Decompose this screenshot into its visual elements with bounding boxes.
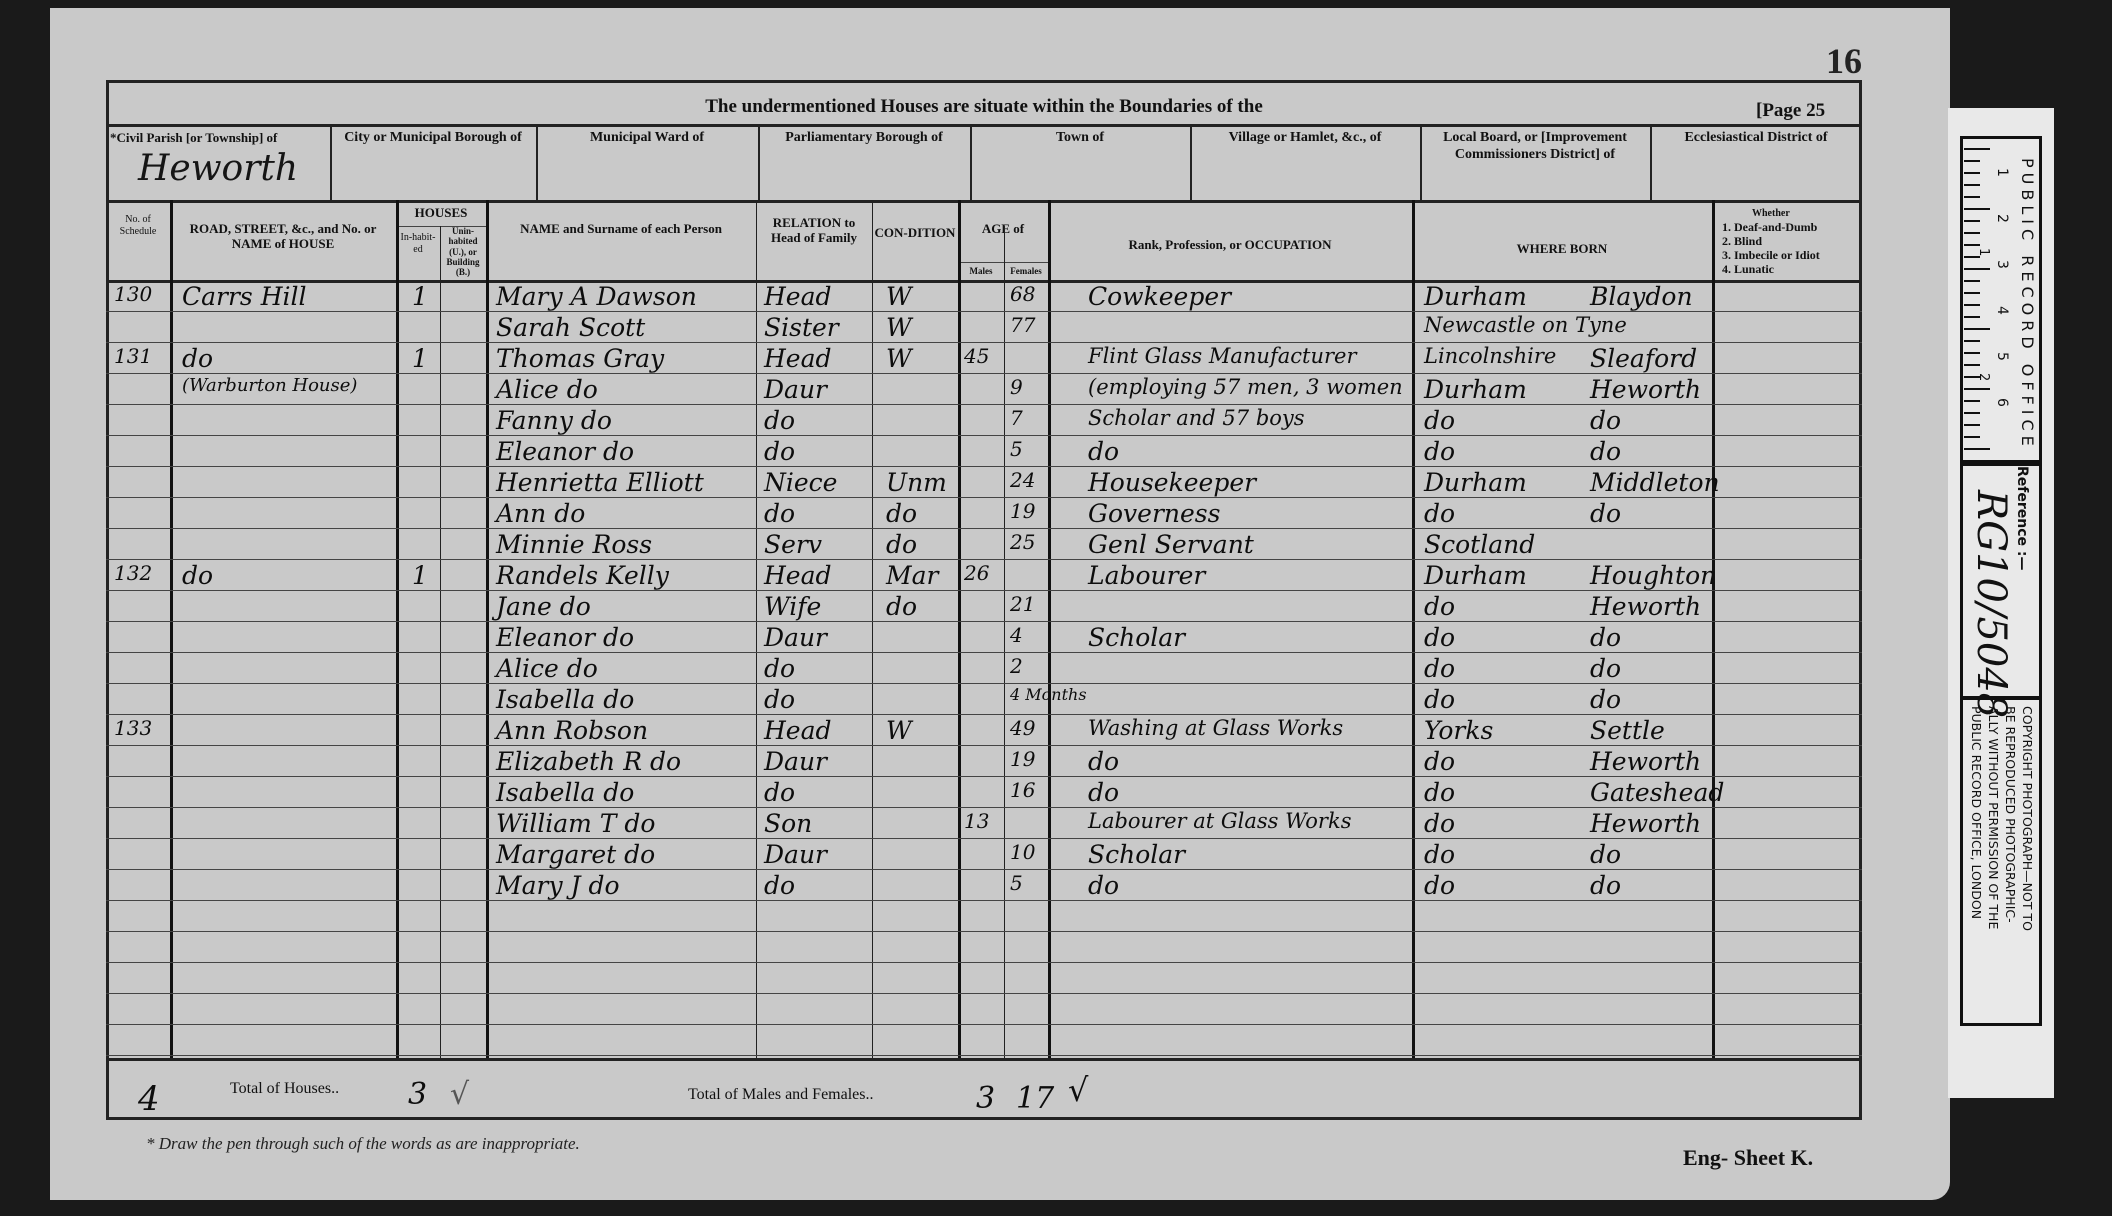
total-houses-value: 3 — [408, 1080, 427, 1110]
rule — [106, 200, 1862, 203]
relation-to-head: do — [764, 439, 795, 464]
marital-condition: Mar — [886, 563, 938, 588]
marital-condition: Unm — [886, 470, 947, 495]
birthplace-town: do — [1590, 625, 1621, 650]
occupation: Governess — [1088, 501, 1220, 526]
copyright-line: PUBLIC RECORD OFFICE, LONDON — [1969, 706, 1984, 919]
marital-condition: do — [886, 532, 917, 557]
female-age: 5 — [1010, 873, 1023, 893]
row-rule — [106, 993, 1862, 994]
birthplace-county: do — [1424, 439, 1455, 464]
boundary-label: Village or Hamlet, &c., of — [1194, 130, 1416, 196]
ruler-tick — [1964, 148, 1990, 150]
occupation: Cowkeeper — [1088, 284, 1231, 309]
column-header-sched: No. of Schedule — [108, 214, 168, 237]
ruler-tick — [1964, 196, 1980, 198]
total-schedules: 4 — [138, 1082, 160, 1116]
occupation: Housekeeper — [1088, 470, 1256, 495]
occupation: Labourer at Glass Works — [1088, 811, 1351, 832]
ruler-number: 5 — [1994, 352, 2010, 361]
ruler-tick — [1964, 340, 1980, 342]
relation-to-head: Sister — [764, 315, 839, 340]
female-age: 19 — [1010, 501, 1035, 521]
birthplace-county: do — [1424, 780, 1455, 805]
occupation: do — [1088, 749, 1119, 774]
ruler-tick — [1964, 184, 1980, 186]
female-age: 4 — [1010, 625, 1023, 645]
total-houses-label: Total of Houses.. — [230, 1080, 339, 1098]
relation-to-head: do — [764, 873, 795, 898]
sheet-label: Eng- Sheet K. — [1683, 1145, 1813, 1171]
female-age: 21 — [1010, 594, 1035, 614]
ruler-tick — [1964, 364, 1980, 366]
row-rule — [106, 962, 1862, 963]
row-rule — [106, 745, 1862, 746]
road-name: Carrs Hill — [182, 284, 307, 309]
civil-parish-value: Heworth — [138, 148, 298, 189]
divider — [1420, 124, 1422, 200]
male-age: 45 — [964, 346, 989, 366]
female-age: 68 — [1010, 284, 1035, 304]
divider — [970, 124, 972, 200]
birthplace-county: do — [1424, 625, 1455, 650]
person-name: Mary A Dawson — [496, 284, 697, 309]
ruler-tick — [1964, 352, 1980, 354]
person-name: Margaret do — [496, 842, 655, 867]
relation-to-head: Daur — [764, 625, 827, 650]
female-age: 4 Months — [1010, 687, 1087, 703]
column-header-fem: Females — [1006, 266, 1046, 276]
row-rule — [106, 311, 1862, 312]
row-rule — [106, 652, 1862, 653]
birthplace-county: do — [1424, 501, 1455, 526]
birthplace-town: Gateshead — [1590, 780, 1724, 805]
male-age: 26 — [964, 563, 989, 583]
rule — [106, 124, 1862, 127]
houses-check-mark: √ — [450, 1080, 469, 1110]
schedule-number: 131 — [114, 346, 152, 366]
person-name: Eleanor do — [496, 625, 634, 650]
female-age: 2 — [1010, 656, 1023, 676]
ruler-tick — [1964, 172, 1980, 174]
birthplace-county: Newcastle on Tyne — [1424, 315, 1627, 336]
birthplace-county: Durham — [1424, 470, 1527, 495]
relation-to-head: Daur — [764, 842, 827, 867]
ruler-tick — [1964, 424, 1980, 426]
person-name: Elizabeth R do — [496, 749, 681, 774]
row-rule — [106, 931, 1862, 932]
ruler-tick — [1964, 268, 1990, 270]
ruler-tick — [1964, 280, 1980, 282]
person-name: Mary J do — [496, 873, 620, 898]
row-rule — [106, 497, 1862, 498]
occupation: Labourer — [1088, 563, 1205, 588]
birthplace-town: Houghton — [1590, 563, 1716, 588]
ruler-tick — [1964, 244, 1980, 246]
occupation: Scholar — [1088, 842, 1185, 867]
marital-condition: W — [886, 315, 912, 340]
birthplace-town: do — [1590, 656, 1621, 681]
road-name: do — [182, 563, 213, 588]
ruler-number: 1 — [1994, 168, 2010, 177]
birthplace-town: Sleaford — [1590, 346, 1697, 371]
copyright-line: COPYRIGHT PHOTOGRAPH—NOT TO — [2020, 706, 2035, 931]
occupation: Scholar and 57 boys — [1088, 408, 1305, 429]
birthplace-county: Durham — [1424, 563, 1527, 588]
ruler-number: 3 — [1994, 260, 2010, 269]
birthplace-county: Scotland — [1424, 532, 1535, 557]
birthplace-town: Heworth — [1590, 594, 1701, 619]
column-divider — [1004, 226, 1005, 1060]
occupation: do — [1088, 873, 1119, 898]
ruler-number: 4 — [1994, 306, 2010, 315]
schedule-number: 132 — [114, 563, 152, 583]
row-rule — [106, 435, 1862, 436]
row-rule — [106, 807, 1862, 808]
birthplace-town: do — [1590, 408, 1621, 433]
boundary-label: Municipal Ward of — [540, 130, 754, 196]
birthplace-town: Settle — [1590, 718, 1665, 743]
person-name: Alice do — [496, 377, 598, 402]
birthplace-town: do — [1590, 842, 1621, 867]
person-name: Ann Robson — [496, 718, 648, 743]
birthplace-county: do — [1424, 811, 1455, 836]
divider — [758, 124, 760, 200]
person-name: Alice do — [496, 656, 598, 681]
person-name: Fanny do — [496, 408, 612, 433]
birthplace-county: Durham — [1424, 377, 1527, 402]
relation-to-head: do — [764, 780, 795, 805]
birthplace-town: Blaydon — [1590, 284, 1693, 309]
ruler-inch: 1 — [1976, 248, 1991, 256]
relation-to-head: Wife — [764, 594, 821, 619]
birthplace-town: do — [1590, 687, 1621, 712]
road-name: do — [182, 346, 213, 371]
person-name: Jane do — [496, 594, 591, 619]
column-header-uninh: Unin-habited (U.), or Building (B.) — [442, 226, 484, 278]
female-age: 25 — [1010, 532, 1035, 552]
row-rule — [106, 621, 1862, 622]
relation-to-head: Head — [764, 718, 832, 743]
relation-to-head: do — [764, 656, 795, 681]
birthplace-town: do — [1590, 873, 1621, 898]
female-age: 24 — [1010, 470, 1035, 490]
ruler-tick — [1964, 160, 1980, 162]
column-header-cond: CON-DITION — [874, 226, 956, 241]
ruler-number: 2 — [1994, 214, 2010, 223]
female-age: 16 — [1010, 780, 1035, 800]
person-name: William T do — [496, 811, 655, 836]
birthplace-county: Durham — [1424, 284, 1527, 309]
ruler-inch: 2 — [1976, 373, 1991, 381]
column-divider — [440, 226, 441, 1060]
relation-to-head: Serv — [764, 532, 822, 557]
birthplace-town: Heworth — [1590, 749, 1701, 774]
copyright-line: BE REPRODUCED PHOTOGRAPHIC- — [2003, 706, 2018, 923]
ruler-tick — [1964, 448, 1990, 450]
record-office-label: PUBLIC RECORD OFFICE — [2018, 158, 2037, 451]
birthplace-county: do — [1424, 594, 1455, 619]
column-header-disability: Whether1. Deaf-and-Dumb2. Blind3. Imbeci… — [1722, 208, 1820, 276]
row-rule — [106, 373, 1862, 374]
page-reference: [Page 25 — [1756, 100, 1825, 122]
person-name: Eleanor do — [496, 439, 634, 464]
row-rule — [106, 838, 1862, 839]
occupation: Genl Servant — [1088, 532, 1254, 557]
birthplace-town: Heworth — [1590, 811, 1701, 836]
rule — [396, 226, 486, 227]
row-rule — [106, 1024, 1862, 1025]
occupation: do — [1088, 439, 1119, 464]
row-rule — [106, 776, 1862, 777]
disability-option: 1. Deaf-and-Dumb — [1722, 220, 1820, 234]
column-header-age: AGE of — [958, 222, 1048, 237]
column-header-occ: Rank, Profession, or OCCUPATION — [1050, 238, 1410, 253]
divider — [330, 124, 332, 200]
female-age: 77 — [1010, 315, 1035, 335]
ruler-tick — [1964, 304, 1980, 306]
rule — [958, 262, 1048, 263]
divider — [1650, 124, 1652, 200]
rule — [106, 1058, 1862, 1061]
column-header-rel: RELATION to Head of Family — [758, 216, 870, 246]
occupation: Flint Glass Manufacturer — [1088, 346, 1356, 367]
occupation: do — [1088, 780, 1119, 805]
relation-to-head: Daur — [764, 749, 827, 774]
relation-to-head: do — [764, 501, 795, 526]
row-rule — [106, 559, 1862, 560]
inhabited-count: 1 — [412, 284, 428, 309]
relation-to-head: do — [764, 687, 795, 712]
relation-to-head: Daur — [764, 377, 827, 402]
ruler-tick — [1964, 256, 1980, 258]
female-age: 9 — [1010, 377, 1023, 397]
birthplace-county: do — [1424, 873, 1455, 898]
ruler-tick — [1964, 220, 1980, 222]
column-header-houses: HOUSES — [396, 206, 486, 221]
row-rule — [106, 528, 1862, 529]
birthplace-county: do — [1424, 656, 1455, 681]
boundary-label: Local Board, or [Improvement Commissione… — [1424, 130, 1646, 196]
schedule-number: 130 — [114, 284, 152, 304]
total-males: 3 — [976, 1084, 995, 1114]
column-header-male: Males — [960, 266, 1002, 276]
boundary-label: Ecclesiastical District of — [1654, 130, 1858, 196]
row-rule — [106, 683, 1862, 684]
person-name: Sarah Scott — [496, 315, 645, 340]
female-age: 10 — [1010, 842, 1035, 862]
column-header-road: ROAD, STREET, &c., and No. or NAME of HO… — [172, 222, 394, 252]
road-name: (Warburton House) — [182, 377, 357, 395]
column-header-inh: In-habit-ed — [398, 232, 438, 255]
occupation: Scholar — [1088, 625, 1185, 650]
divider — [1190, 124, 1192, 200]
inhabited-count: 1 — [412, 563, 428, 588]
ruler-tick — [1964, 316, 1980, 318]
copyright-line: ALLY WITHOUT PERMISSION OF THE — [1986, 706, 2001, 929]
row-rule — [106, 404, 1862, 405]
inhabited-count: 1 — [412, 346, 428, 371]
row-rule — [106, 1055, 1862, 1056]
ruler-tick — [1964, 292, 1980, 294]
disability-option: 2. Blind — [1722, 234, 1820, 248]
whether-title: Whether — [1722, 208, 1820, 220]
ruler-tick — [1964, 436, 1980, 438]
relation-to-head: Head — [764, 284, 832, 309]
boundaries-banner: The undermentioned Houses are situate wi… — [106, 96, 1862, 118]
marital-condition: do — [886, 501, 917, 526]
row-rule — [106, 342, 1862, 343]
relation-to-head: Head — [764, 563, 832, 588]
row-rule — [106, 900, 1862, 901]
relation-to-head: Head — [764, 346, 832, 371]
ruler-tick — [1964, 400, 1980, 402]
total-persons-label: Total of Males and Females.. — [688, 1086, 874, 1104]
boundary-label: Parliamentary Borough of — [762, 130, 966, 196]
person-name: Thomas Gray — [496, 346, 664, 371]
occupation: (employing 57 men, 3 women — [1088, 377, 1403, 398]
person-name: Minnie Ross — [496, 532, 652, 557]
ruler-number: 6 — [1994, 398, 2010, 407]
person-name: Isabella do — [496, 687, 634, 712]
folio-stamp: 16 — [1826, 40, 1862, 82]
disability-option: 3. Imbecile or Idiot — [1722, 248, 1820, 262]
ruler-tick — [1964, 412, 1980, 414]
person-name: Isabella do — [496, 780, 634, 805]
relation-to-head: do — [764, 408, 795, 433]
marital-condition: W — [886, 718, 912, 743]
row-rule — [106, 466, 1862, 467]
relation-to-head: Son — [764, 811, 812, 836]
column-header-name: NAME and Surname of each Person — [488, 222, 754, 237]
ruler-tick — [1964, 208, 1990, 210]
footnote: * Draw the pen through such of the words… — [146, 1134, 580, 1154]
column-header-born: WHERE BORN — [1414, 242, 1710, 257]
birthplace-county: do — [1424, 408, 1455, 433]
marital-condition: W — [886, 284, 912, 309]
birthplace-county: Yorks — [1424, 718, 1493, 743]
birthplace-town: do — [1590, 439, 1621, 464]
ruler-tick — [1964, 388, 1990, 390]
person-name: Randels Kelly — [496, 563, 669, 588]
male-age: 13 — [964, 811, 989, 831]
female-age: 7 — [1010, 408, 1023, 428]
boundary-label: City or Municipal Borough of — [334, 130, 532, 196]
birthplace-county: do — [1424, 749, 1455, 774]
marital-condition: do — [886, 594, 917, 619]
birthplace-town: Heworth — [1590, 377, 1701, 402]
birthplace-town: Middleton — [1590, 470, 1720, 495]
total-females: 17 — [1016, 1084, 1054, 1114]
boundary-label: Town of — [974, 130, 1186, 196]
birthplace-county: do — [1424, 842, 1455, 867]
reference-value: RG10/5048 — [1968, 490, 2014, 718]
birthplace-town: do — [1590, 501, 1621, 526]
row-rule — [106, 714, 1862, 715]
female-age: 5 — [1010, 439, 1023, 459]
persons-check-mark: √ — [1068, 1074, 1088, 1106]
female-age: 49 — [1010, 718, 1035, 738]
person-name: Henrietta Elliott — [496, 470, 704, 495]
divider — [536, 124, 538, 200]
person-name: Ann do — [496, 501, 585, 526]
row-rule — [106, 590, 1862, 591]
row-rule — [106, 869, 1862, 870]
occupation: Washing at Glass Works — [1088, 718, 1343, 739]
female-age: 19 — [1010, 749, 1035, 769]
birthplace-county: Lincolnshire — [1424, 346, 1556, 367]
archive-strip: PUBLIC RECORD OFFICE 12345612 Reference … — [1948, 108, 2054, 1098]
reference-label: Reference :— — [2014, 466, 2030, 571]
ruler-tick — [1964, 328, 1990, 330]
marital-condition: W — [886, 346, 912, 371]
schedule-number: 133 — [114, 718, 152, 738]
ruler-tick — [1964, 232, 1980, 234]
disability-option: 4. Lunatic — [1722, 262, 1820, 276]
relation-to-head: Niece — [764, 470, 837, 495]
birthplace-county: do — [1424, 687, 1455, 712]
